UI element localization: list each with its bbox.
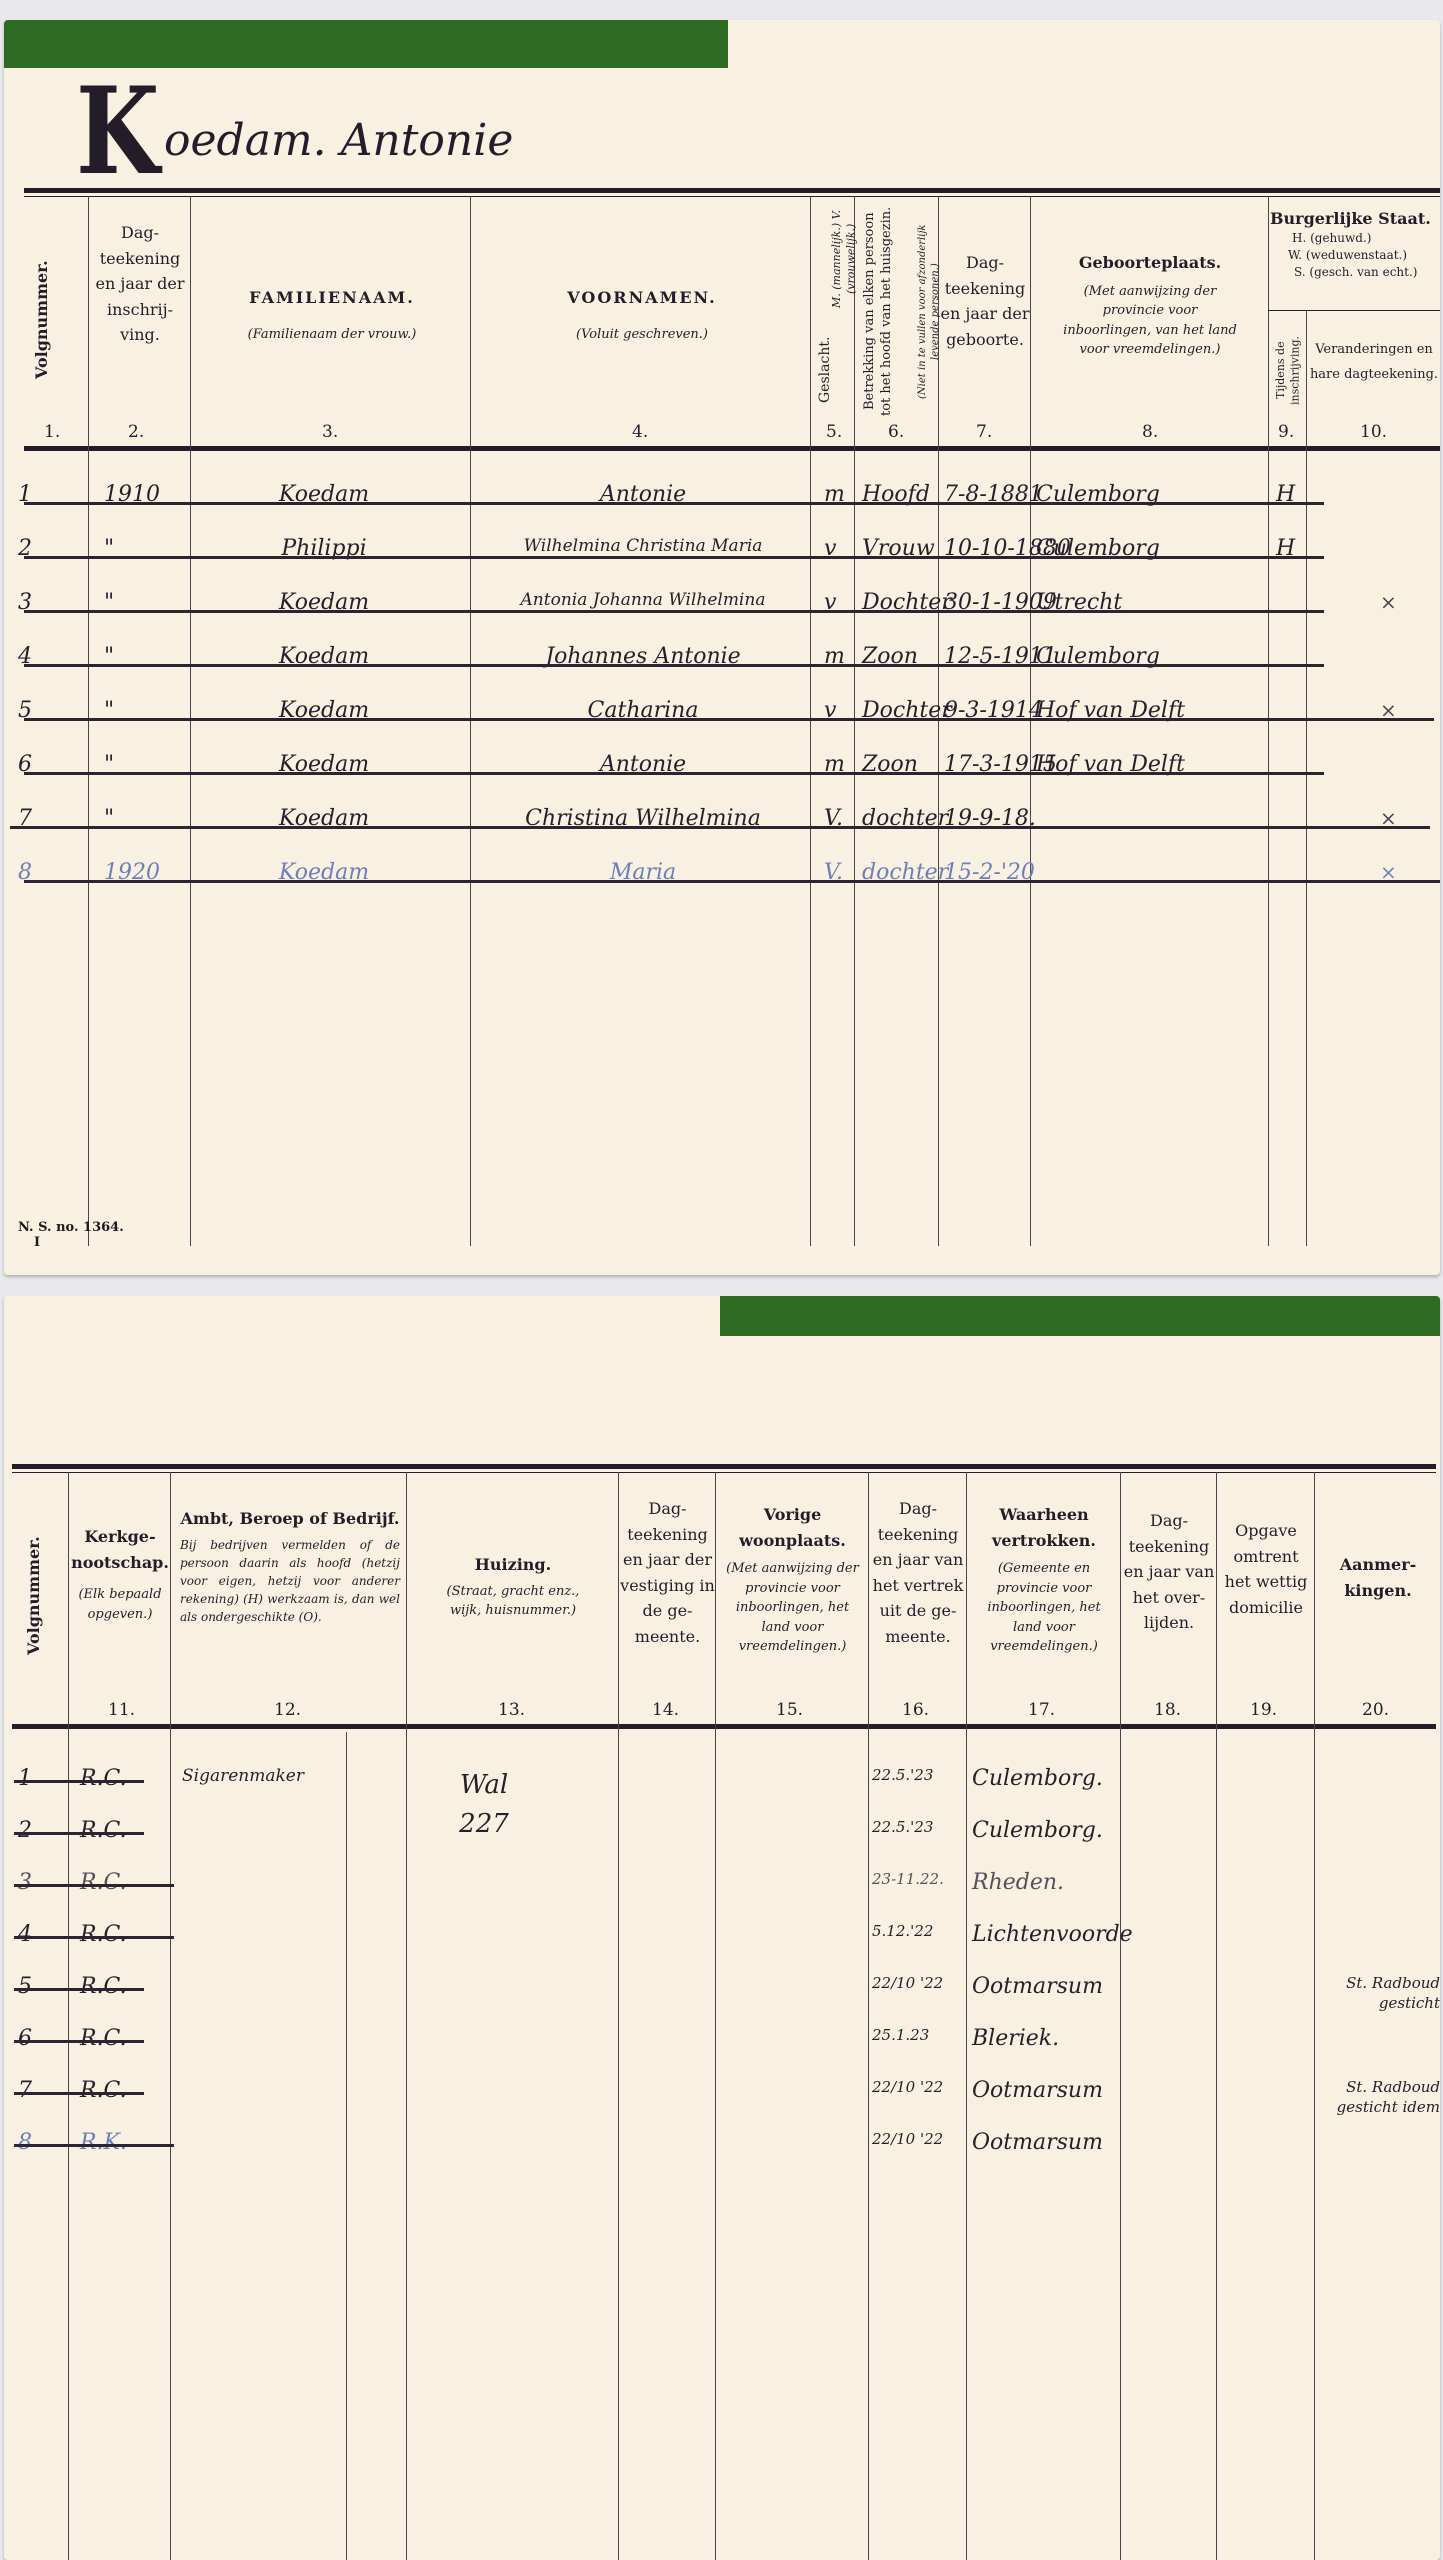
cell-vertrek: 5.12.'22: [872, 1922, 933, 1940]
col-num: 11.: [108, 1700, 135, 1720]
cell-vertrek: 22/10 '22: [872, 2130, 943, 2148]
header-beroep: Ambt, Beroep of Bedrijf. Bij bedrijven v…: [174, 1506, 406, 1626]
header-vertrek: Dag- teekening en jaar van het vertrek u…: [870, 1496, 966, 1650]
cell-aanmerking: St. Radboud gesticht: [1316, 1974, 1440, 2013]
header-geslacht: Geslacht.: [816, 320, 834, 420]
row-strikethrough: [24, 772, 1324, 775]
staat-divider: [1268, 310, 1440, 311]
header-huizing-sub: (Straat, gracht enz., wijk, huisnummer.): [438, 1582, 588, 1621]
cell-nr: 2: [18, 1818, 32, 1843]
header-geslacht-sub: M. (mannelijk.) V. (vrouwelijk.): [830, 204, 859, 314]
row-strikethrough: [24, 556, 1324, 559]
cell-kerk: R.K.: [80, 2130, 127, 2155]
header-waarheen-label: Waarheen vertrokken.: [968, 1502, 1120, 1553]
col-divider: [190, 196, 191, 1246]
row-strikethrough: [24, 502, 1324, 505]
cell-kerk: R.C.: [80, 1818, 127, 1843]
header-domicilie: Opgave omtrent het wettig domicilie: [1218, 1518, 1314, 1620]
row-strikethrough: [14, 2040, 144, 2043]
col-divider: [618, 1472, 619, 2560]
col-num: 12.: [274, 1700, 301, 1720]
col-num: 19.: [1250, 1700, 1277, 1720]
header-waarheen: Waarheen vertrokken. (Gemeente en provin…: [968, 1502, 1120, 1657]
cell-kerk: R.C.: [80, 1974, 127, 1999]
col-num: 2.: [128, 422, 144, 442]
cell-nr: 5: [18, 1974, 32, 1999]
form-number-text: N. S. no. 1364.: [18, 1220, 124, 1235]
header-vorige-woonplaats: Vorige woonplaats. (Met aanwijzing der p…: [717, 1502, 868, 1657]
col-num: 3.: [322, 422, 338, 442]
header-huizing-label: Huizing.: [408, 1552, 618, 1578]
header-tijdens-inschrijving: Tijdens de inschrijving.: [1274, 320, 1300, 420]
cell-waarheen: Lichtenvoorde: [972, 1922, 1133, 1947]
row-strikethrough: [24, 880, 1440, 883]
header-huizing: Huizing. (Straat, gracht enz., wijk, hui…: [408, 1552, 618, 1621]
cell-kerk: R.C.: [80, 2026, 127, 2051]
cell-kerk: R.C.: [80, 2078, 127, 2103]
cell-nr: 6: [18, 2026, 32, 2051]
header-geboorteplaats-sub: (Met aanwijzing der provincie voor inboo…: [1062, 282, 1238, 360]
col-num: 16.: [902, 1700, 929, 1720]
header-bottom-rule: [12, 1724, 1436, 1729]
cell-nr: 4: [18, 1922, 32, 1947]
col-divider: [715, 1472, 716, 2560]
col-num: 6.: [888, 422, 904, 442]
cell-vertrek: 22.5.'23: [872, 1818, 933, 1836]
header-voornamen: VOORNAMEN. (Voluit geschreven.): [474, 285, 810, 344]
header-burgerlijke-staat: Burgerlijke Staat. H. (gehuwd.) W. (wedu…: [1270, 208, 1440, 281]
cell-kerk: R.C.: [80, 1766, 127, 1791]
staat-title: Burgerlijke Staat.: [1270, 208, 1440, 230]
col-num: 15.: [776, 1700, 803, 1720]
header-betrekking-sub: (Niet in te vullen voor afzonderlijk lev…: [916, 204, 936, 419]
col-divider: [854, 196, 855, 1246]
staat-w: W. (weduwenstaat.): [1270, 247, 1440, 264]
header-vorige-label: Vorige woonplaats.: [717, 1502, 868, 1553]
col-divider: [1314, 1472, 1315, 2560]
col-divider: [868, 1472, 869, 2560]
row-strikethrough: [14, 1936, 174, 1939]
col-num: 20.: [1362, 1700, 1389, 1720]
col-divider: [966, 1472, 967, 2560]
cell-voornamen: Antonia Johanna Wilhelmina: [478, 590, 808, 610]
header-top-rule-thin: [12, 1472, 1436, 1473]
header-beroep-sub: Bij bedrijven vermelden of de persoon da…: [174, 1536, 406, 1626]
col-divider: [170, 1472, 171, 2560]
header-familienaam-label: FAMILIENAAM.: [194, 285, 470, 311]
col-num: 18.: [1154, 1700, 1181, 1720]
cell-nr: 1: [18, 1766, 32, 1791]
col-divider: [810, 196, 811, 1246]
handwritten-title: oedam. Antonie: [164, 115, 513, 166]
registration-card-back: Volgnummer. Kerkge- nootschap. (Elk bepa…: [4, 1296, 1440, 2560]
header-kerk-sub: (Elk bepaald opgeven.): [70, 1585, 170, 1624]
row-strikethrough: [14, 1832, 144, 1835]
row-strikethrough: [14, 2144, 174, 2147]
col-num: 5.: [826, 422, 842, 442]
registration-card-front: K oedam. Antonie Volgnummer. Dag- teeken…: [4, 20, 1440, 1275]
col-num: 1.: [44, 422, 60, 442]
header-familienaam: FAMILIENAAM. (Familienaam der vrouw.): [194, 285, 470, 344]
header-top-rule: [12, 1464, 1436, 1469]
header-kerk-label: Kerkge- nootschap.: [70, 1524, 170, 1575]
row-strikethrough: [24, 610, 1324, 613]
cell-vertrek: 22/10 '22: [872, 2078, 943, 2096]
header-volgnummer: Volgnummer.: [24, 1536, 45, 1656]
header-veranderingen: Veranderingen en hare dagteekening.: [1308, 338, 1440, 387]
cell-waarheen: Ootmarsum: [972, 2130, 1103, 2155]
col-num: 17.: [1028, 1700, 1055, 1720]
header-vorige-sub: (Met aanwijzing der provincie voor inboo…: [725, 1559, 860, 1657]
col-divider: [1268, 196, 1269, 1246]
cell-vertrek: 25.1.23: [872, 2026, 929, 2044]
cell-vertrek: 22/10 '22: [872, 1974, 943, 1992]
row-strikethrough: [24, 718, 1434, 721]
cell-waarheen: Bleriek.: [972, 2026, 1059, 2051]
header-top-rule: [24, 188, 1440, 193]
col-divider: [1306, 310, 1307, 1246]
header-bottom-rule: [24, 446, 1440, 451]
header-aanmerkingen: Aanmer- kingen.: [1316, 1552, 1440, 1603]
col-divider: [1120, 1472, 1121, 2560]
col-num: 7.: [976, 422, 992, 442]
col-divider: [406, 1472, 407, 2560]
cell-waarheen: Culemborg.: [972, 1766, 1103, 1791]
cell-nr: 8: [18, 2130, 32, 2155]
cell-kerk: R.C.: [80, 1922, 127, 1947]
cell-verandering: ×: [1380, 590, 1397, 614]
header-familienaam-sub: (Familienaam der vrouw.): [194, 325, 470, 345]
header-volgnummer: Volgnummer.: [32, 230, 53, 410]
header-top-rule-thin: [24, 196, 1440, 197]
header-dagteekening-geboorte: Dag- teekening en jaar der geboorte.: [940, 250, 1030, 352]
cell-aanmerking: St. Radboud gesticht idem: [1316, 2078, 1440, 2117]
col-divider: [1216, 1472, 1217, 2560]
cell-vertrek: 23-11.22.: [872, 1870, 944, 1888]
cell-kerk: R.C.: [80, 1870, 127, 1895]
cell-waarheen: Culemborg.: [972, 1818, 1103, 1843]
form-sub-number: I: [18, 1235, 124, 1250]
header-overlijden: Dag- teekening en jaar van het over- lij…: [1122, 1508, 1216, 1636]
header-vestiging: Dag- teekening en jaar der vestiging in …: [620, 1496, 715, 1650]
header-beroep-label: Ambt, Beroep of Bedrijf.: [174, 1506, 406, 1532]
index-initial: K: [76, 72, 159, 192]
cell-nr: 7: [18, 2078, 32, 2103]
header-dagteekening-inschrijving: Dag- teekening en jaar der inschrij- vin…: [90, 220, 190, 348]
col-num: 8.: [1142, 422, 1158, 442]
header-voornamen-label: VOORNAMEN.: [474, 285, 810, 311]
row-strikethrough: [14, 2092, 144, 2095]
header-geboorteplaats: Geboorteplaats. (Met aanwijzing der prov…: [1032, 250, 1268, 360]
col-num: 10.: [1360, 422, 1387, 442]
header-voornamen-sub: (Voluit geschreven.): [474, 325, 810, 345]
header-geboorteplaats-label: Geboorteplaats.: [1032, 250, 1268, 276]
col-divider: [470, 196, 471, 1246]
cell-huizing: Wal 227: [444, 1766, 524, 1844]
col-divider: [346, 1732, 347, 2560]
row-strikethrough: [14, 1884, 174, 1887]
col-divider: [88, 196, 89, 1246]
header-waarheen-sub: (Gemeente en provincie voor inboorlingen…: [974, 1559, 1114, 1657]
row-strikethrough: [10, 826, 1430, 829]
staat-s: S. (gesch. van echt.): [1270, 264, 1440, 281]
cell-voornamen: Wilhelmina Christina Maria: [478, 536, 808, 556]
row-strikethrough: [14, 1780, 144, 1783]
col-num: 4.: [632, 422, 648, 442]
cell-waarheen: Rheden.: [972, 1870, 1064, 1895]
cell-waarheen: Ootmarsum: [972, 2078, 1103, 2103]
col-num: 9.: [1278, 422, 1294, 442]
cell-beroep: Sigarenmaker: [182, 1766, 304, 1786]
cell-waarheen: Ootmarsum: [972, 1974, 1103, 1999]
green-tab-band: [720, 1296, 1440, 1336]
form-number: N. S. no. 1364. I: [18, 1220, 124, 1250]
col-num: 14.: [652, 1700, 679, 1720]
cell-vertrek: 22.5.'23: [872, 1766, 933, 1784]
row-strikethrough: [24, 664, 1324, 667]
cell-nr: 3: [18, 1870, 32, 1895]
col-num: 13.: [498, 1700, 525, 1720]
row-strikethrough: [14, 1988, 144, 1991]
header-kerkgenootschap: Kerkge- nootschap. (Elk bepaald opgeven.…: [70, 1524, 170, 1624]
staat-h: H. (gehuwd.): [1270, 230, 1440, 247]
col-divider: [68, 1472, 69, 2560]
